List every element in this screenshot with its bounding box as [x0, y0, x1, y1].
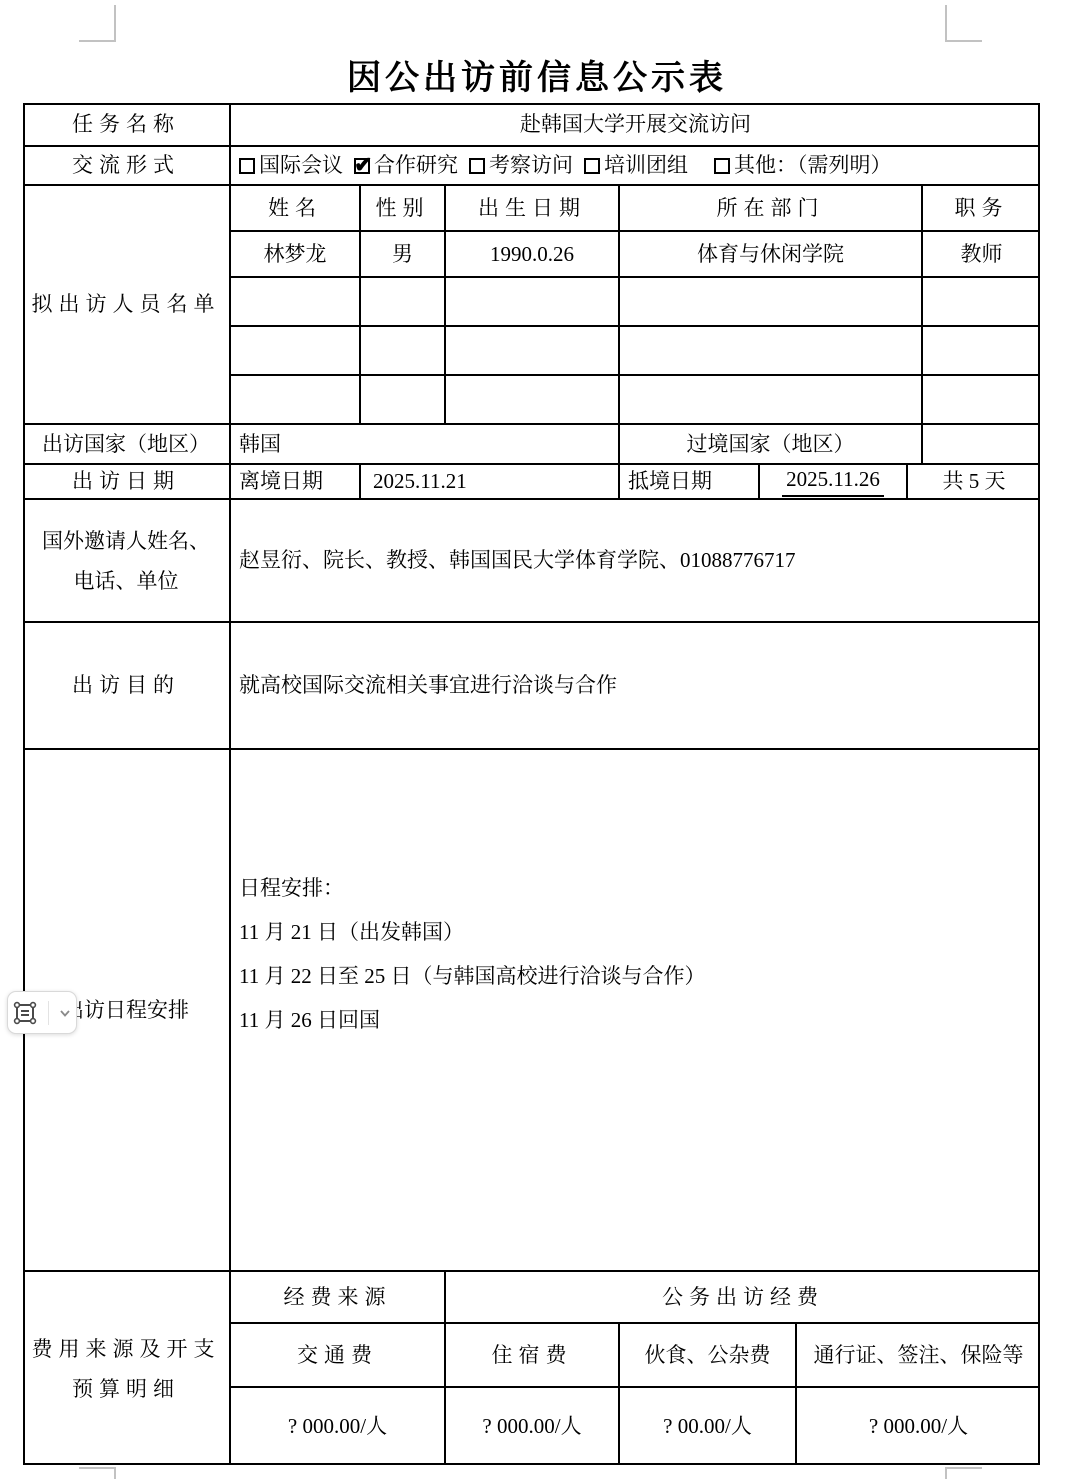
task-name-value[interactable]: 赴韩国大学开展交流访问 [231, 103, 1040, 147]
itinerary-value[interactable]: 日程安排： 11 月 21 日（出发韩国） 11 月 22 日至 25 日（与韩… [231, 750, 1040, 1272]
option-label: 考察访问 [489, 152, 573, 178]
personnel-empty-cell[interactable] [361, 376, 446, 425]
checkbox-other[interactable] [714, 158, 730, 174]
personnel-empty-cell[interactable] [446, 278, 620, 327]
personnel-empty-cell[interactable] [923, 327, 1040, 376]
personnel-empty-cell[interactable] [446, 327, 620, 376]
personnel-header-position: 职务 [923, 186, 1040, 232]
departure-date-label: 离境日期 [231, 465, 361, 500]
inviter-label: 国外邀请人姓名、 电话、单位 [23, 500, 231, 623]
budget-value-transport[interactable]: ? 000.00/人 [231, 1388, 446, 1465]
table-select-button[interactable] [7, 991, 77, 1034]
budget-source-header: 经费来源 [231, 1272, 446, 1324]
personnel-empty-cell[interactable] [620, 327, 923, 376]
option-label: 其他：（需列明） [734, 152, 892, 178]
departure-date-value[interactable]: 2025.11.21 [361, 465, 620, 500]
crop-mark-top-right [945, 5, 982, 42]
crop-mark-bottom-left [79, 1467, 116, 1479]
visit-purpose-label: 出访目的 [23, 623, 231, 750]
personnel-empty-cell[interactable] [923, 278, 1040, 327]
personnel-cell-name[interactable]: 林梦龙 [231, 232, 361, 278]
checkbox-inspection-visit[interactable] [469, 158, 485, 174]
budget-expense-header: 公务出访经费 [446, 1272, 1040, 1324]
personnel-cell-gender[interactable]: 男 [361, 232, 446, 278]
personnel-header-name: 姓名 [231, 186, 361, 232]
budget-col-permits: 通行证、签注、保险等 [797, 1324, 1040, 1388]
budget-label: 费用来源及开支 预算明细 [23, 1272, 231, 1465]
personnel-header-department: 所在部门 [620, 186, 923, 232]
personnel-cell-department[interactable]: 体育与休闲学院 [620, 232, 923, 278]
option-inspection-visit: 考察访问 [469, 152, 573, 178]
task-name-label: 任务名称 [23, 103, 231, 147]
personnel-list-label: 拟出访人员名单 [23, 186, 231, 425]
crop-mark-bottom-right [945, 1467, 982, 1479]
destination-country-label: 出访国家（地区） [23, 425, 231, 465]
page-title: 因公出访前信息公示表 [0, 50, 1074, 99]
checkbox-international-conference[interactable] [239, 158, 255, 174]
option-label: 合作研究 [374, 152, 458, 178]
select-table-icon[interactable] [12, 1000, 38, 1026]
personnel-empty-cell[interactable] [231, 376, 361, 425]
exchange-form-options: 国际会议 合作研究 考察访问 培训团组 其他：（需列明） [231, 147, 1040, 186]
option-international-conference: 国际会议 [239, 152, 343, 178]
option-cooperative-research: 合作研究 [354, 152, 458, 178]
option-label: 国际会议 [259, 152, 343, 178]
trip-duration: 共 5 天 [908, 465, 1040, 500]
option-training-group: 培训团组 [584, 152, 688, 178]
arrival-date-label: 抵境日期 [620, 465, 760, 500]
budget-col-meals: 伙食、公杂费 [620, 1324, 797, 1388]
option-other: 其他：（需列明） [714, 152, 892, 178]
itinerary-line: 11 月 22 日至 25 日（与韩国高校进行洽谈与合作） [239, 954, 1040, 998]
budget-value-permits[interactable]: ? 000.00/人 [797, 1388, 1040, 1465]
option-label: 培训团组 [604, 152, 688, 178]
personnel-empty-cell[interactable] [446, 376, 620, 425]
personnel-empty-cell[interactable] [923, 376, 1040, 425]
visit-purpose-value[interactable]: 就高校国际交流相关事宜进行洽谈与合作 [231, 623, 1040, 750]
inviter-label-line2: 电话、单位 [74, 561, 179, 601]
toolbar-divider [48, 1001, 49, 1025]
destination-country-value[interactable]: 韩国 [231, 425, 620, 465]
budget-label-line2: 预算明细 [72, 1369, 180, 1409]
budget-label-line1: 费用来源及开支 [32, 1329, 221, 1369]
transit-country-label: 过境国家（地区） [620, 425, 923, 465]
itinerary-line: 11 月 26 日回国 [239, 998, 1040, 1042]
personnel-cell-position[interactable]: 教师 [923, 232, 1040, 278]
itinerary-line: 11 月 21 日（出发韩国） [239, 910, 1040, 954]
chevron-down-icon[interactable] [58, 1006, 72, 1020]
budget-col-accommodation: 住宿费 [446, 1324, 620, 1388]
personnel-header-birthdate: 出生日期 [446, 186, 620, 232]
personnel-header-gender: 性别 [361, 186, 446, 232]
exchange-form-label: 交流形式 [23, 147, 231, 186]
arrival-date-value[interactable]: 2025.11.26 [782, 466, 884, 496]
budget-value-accommodation[interactable]: ? 000.00/人 [446, 1388, 620, 1465]
personnel-empty-cell[interactable] [231, 278, 361, 327]
budget-col-transport: 交通费 [231, 1324, 446, 1388]
personnel-empty-cell[interactable] [620, 376, 923, 425]
inviter-label-line1: 国外邀请人姓名、 [42, 521, 210, 561]
transit-country-value[interactable] [923, 425, 1040, 465]
document-page: 因公出访前信息公示表 任务名称 赴韩国大学开展交流访问 交流形式 国际会议 合作… [0, 0, 1074, 1479]
checkbox-training-group[interactable] [584, 158, 600, 174]
arrival-date-cell[interactable]: 2025.11.26 [760, 465, 908, 500]
personnel-empty-cell[interactable] [620, 278, 923, 327]
personnel-empty-cell[interactable] [231, 327, 361, 376]
crop-mark-top-left [79, 5, 116, 42]
personnel-cell-birthdate[interactable]: 1990.0.26 [446, 232, 620, 278]
budget-value-meals[interactable]: ? 00.00/人 [620, 1388, 797, 1465]
itinerary-line: 日程安排： [239, 866, 1040, 910]
inviter-value[interactable]: 赵昱衍、院长、教授、韩国国民大学体育学院、01088776717 [231, 500, 1040, 623]
visit-dates-label: 出访日期 [23, 465, 231, 500]
personnel-empty-cell[interactable] [361, 278, 446, 327]
personnel-empty-cell[interactable] [361, 327, 446, 376]
checkbox-cooperative-research[interactable] [354, 158, 370, 174]
